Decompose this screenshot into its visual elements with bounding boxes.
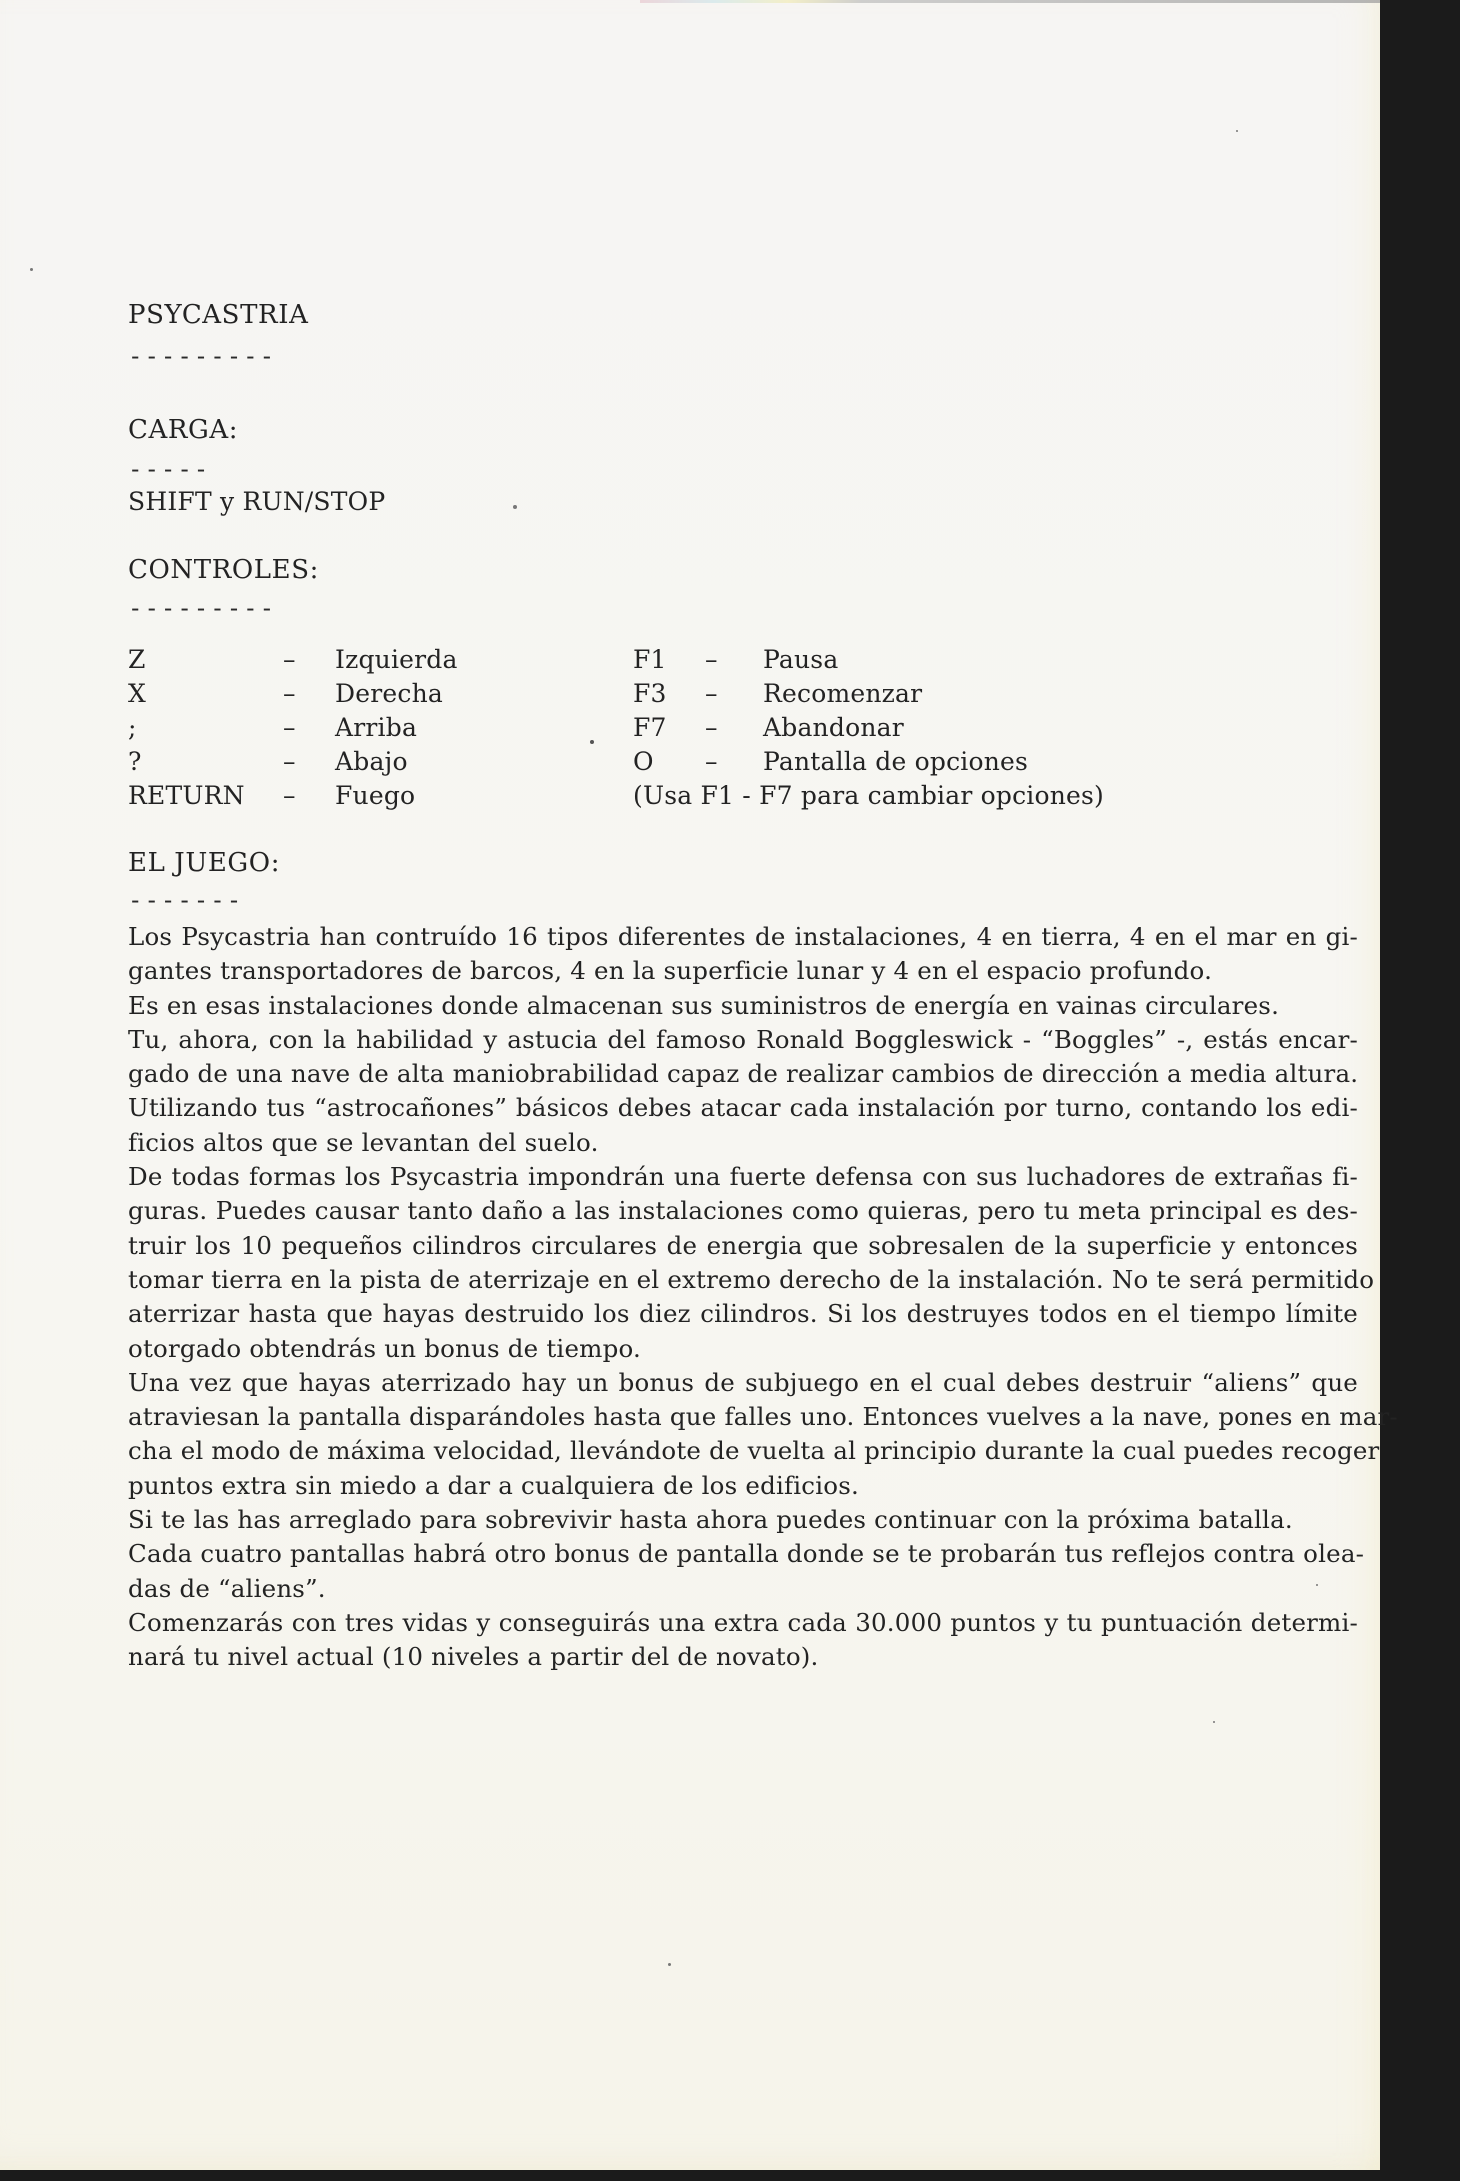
text-line: aterrizar hasta que hayas destruido los …	[128, 1297, 1358, 1331]
game-description: Los Psycastria han contruído 16 tipos di…	[128, 920, 1358, 1675]
paragraph: Los Psycastria han contruído 16 tipos di…	[128, 920, 1358, 989]
title-underline: ---------	[128, 342, 276, 370]
text-line: Es en esas instalaciones donde almacenan…	[128, 989, 1358, 1023]
control-action: Pantalla de opciones	[763, 747, 1028, 776]
scan-speck	[513, 505, 517, 509]
control-row: ? – Abajo O – Pantalla de opciones	[128, 747, 1328, 781]
control-separator: –	[283, 645, 296, 674]
control-key: F3	[633, 679, 667, 708]
control-separator: –	[705, 747, 718, 776]
scan-speck	[590, 740, 594, 744]
text-line: guras. Puedes causar tanto daño a las in…	[128, 1194, 1358, 1228]
control-key: Z	[128, 645, 146, 674]
control-key: RETURN	[128, 781, 245, 810]
text-line: Utilizando tus “astrocañones” básicos de…	[128, 1091, 1358, 1125]
text-line: das de “aliens”.	[128, 1572, 1358, 1606]
text-line: tomar tierra en la pista de aterrizaje e…	[128, 1263, 1358, 1297]
control-separator: –	[283, 713, 296, 742]
paragraph: Si te las has arreglado para sobrevivir …	[128, 1503, 1358, 1537]
control-key: F7	[633, 713, 667, 742]
controles-underline: ---------	[128, 594, 276, 622]
text-line: Cada cuatro pantallas habrá otro bonus d…	[128, 1537, 1358, 1571]
paragraph: Cada cuatro pantallas habrá otro bonus d…	[128, 1537, 1358, 1606]
control-separator: –	[705, 713, 718, 742]
text-line: De todas formas los Psycastria impondrán…	[128, 1160, 1358, 1194]
control-action: Recomenzar	[763, 679, 922, 708]
control-action: Abajo	[335, 747, 408, 776]
control-key: ;	[128, 713, 137, 742]
control-key: ?	[128, 747, 142, 776]
control-separator: –	[283, 747, 296, 776]
text-line: Tu, ahora, con la habilidad y astucia de…	[128, 1023, 1358, 1057]
carga-instructions: SHIFT y RUN/STOP	[128, 487, 385, 516]
control-row: Z – Izquierda F1 – Pausa	[128, 645, 1328, 679]
text-line: truir los 10 pequeños cilindros circular…	[128, 1229, 1358, 1263]
control-action: Izquierda	[335, 645, 458, 674]
text-line: Una vez que hayas aterrizado hay un bonu…	[128, 1366, 1358, 1400]
text-line: ficios altos que se levantan del suelo.	[128, 1126, 1358, 1160]
text-line: cha el modo de máxima velocidad, llevánd…	[128, 1434, 1358, 1468]
control-key: O	[633, 747, 654, 776]
text-line: atraviesan la pantalla disparándoles has…	[128, 1400, 1358, 1434]
page-top-edge	[640, 0, 1380, 3]
juego-underline: -------	[128, 886, 243, 914]
paragraph: Comenzarás con tres vidas y conseguirás …	[128, 1606, 1358, 1675]
control-key: X	[128, 679, 146, 708]
control-action: Abandonar	[763, 713, 904, 742]
control-separator: –	[705, 645, 718, 674]
control-action: Arriba	[335, 713, 417, 742]
paragraph: Es en esas instalaciones donde almacenan…	[128, 989, 1358, 1023]
control-row: X – Derecha F3 – Recomenzar	[128, 679, 1328, 713]
scanned-page: PSYCASTRIA --------- CARGA: ----- SHIFT …	[0, 0, 1380, 2170]
paragraph: De todas formas los Psycastria impondrán…	[128, 1160, 1358, 1366]
scan-speck	[1236, 130, 1238, 132]
text-line: puntos extra sin miedo a dar a cualquier…	[128, 1469, 1358, 1503]
section-heading-carga: CARGA:	[128, 415, 238, 445]
section-heading-juego: EL JUEGO:	[128, 848, 280, 878]
text-line: Comenzarás con tres vidas y conseguirás …	[128, 1606, 1358, 1640]
carga-underline: -----	[128, 455, 210, 483]
controls-note: (Usa F1 - F7 para cambiar opciones)	[633, 781, 1104, 810]
scan-speck	[1316, 1584, 1318, 1586]
text-line: otorgado obtendrás un bonus de tiempo.	[128, 1332, 1358, 1366]
paragraph: Una vez que hayas aterrizado hay un bonu…	[128, 1366, 1358, 1503]
text-line: gantes transportadores de barcos, 4 en l…	[128, 954, 1358, 988]
control-action: Fuego	[335, 781, 415, 810]
document-title: PSYCASTRIA	[128, 300, 308, 330]
control-separator: –	[283, 781, 296, 810]
control-action: Derecha	[335, 679, 443, 708]
control-row: RETURN – Fuego (Usa F1 - F7 para cambiar…	[128, 781, 1328, 815]
scan-speck	[30, 268, 33, 271]
control-action: Pausa	[763, 645, 838, 674]
section-heading-controles: CONTROLES:	[128, 555, 319, 585]
scan-speck	[1213, 1721, 1215, 1723]
text-line: Los Psycastria han contruído 16 tipos di…	[128, 920, 1358, 954]
control-separator: –	[283, 679, 296, 708]
control-separator: –	[705, 679, 718, 708]
text-line: nará tu nivel actual (10 niveles a parti…	[128, 1640, 1358, 1674]
control-key: F1	[633, 645, 667, 674]
scan-speck	[668, 1963, 671, 1966]
control-row: ; – Arriba F7 – Abandonar	[128, 713, 1328, 747]
paragraph: Tu, ahora, con la habilidad y astucia de…	[128, 1023, 1358, 1160]
text-line: gado de una nave de alta maniobrabilidad…	[128, 1057, 1358, 1091]
text-line: Si te las has arreglado para sobrevivir …	[128, 1503, 1358, 1537]
